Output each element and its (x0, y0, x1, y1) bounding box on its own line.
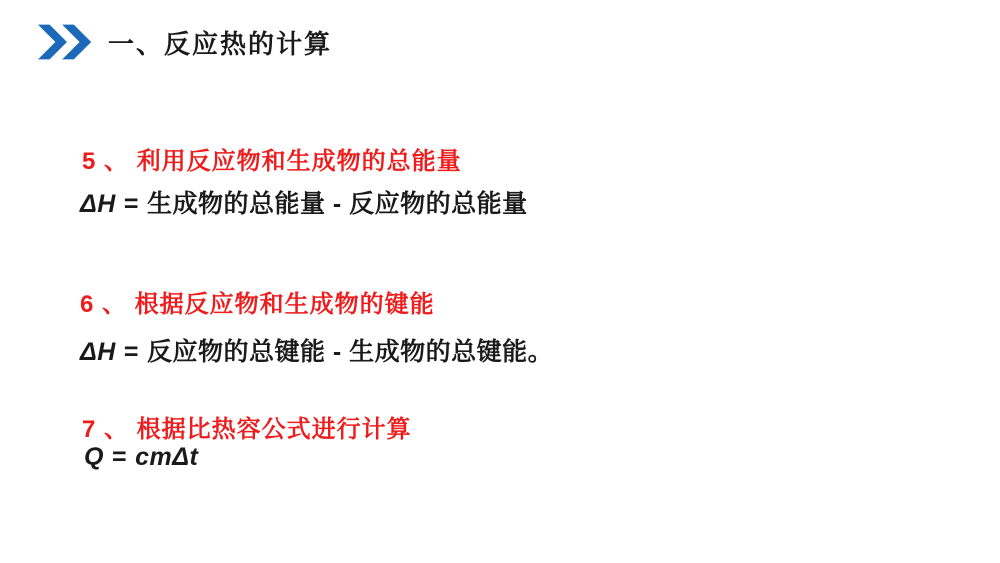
formula-7-rhs: cmΔt (135, 443, 198, 472)
section-7-heading: 7 、 根据比热容公式进行计算 (82, 409, 412, 444)
formula-5-equals: = (124, 190, 139, 219)
formula-5-lhs: ΔH (80, 190, 116, 219)
formula-6-lhs: ΔH (80, 338, 116, 367)
section-7-formula: Q = cmΔt (84, 443, 198, 472)
formula-7-equals: = (112, 443, 127, 472)
formula-7-lhs: Q (84, 443, 104, 472)
double-chevron-icon (38, 24, 96, 60)
formula-5-rhs: 生成物的总能量 - 反应物的总能量 (147, 184, 528, 220)
slide: 一、反应热的计算 5 、 利用反应物和生成物的总能量 ΔH = 生成物的总能量 … (0, 0, 1000, 563)
slide-title-row: 一、反应热的计算 (38, 20, 332, 64)
section-5-heading: 5 、 利用反应物和生成物的总能量 (82, 141, 462, 176)
section-6-heading: 6 、 根据反应物和生成物的键能 (80, 284, 435, 319)
formula-6-rhs: 反应物的总键能 - 生成物的总键能。 (147, 332, 553, 368)
page-title: 一、反应热的计算 (108, 24, 332, 61)
section-6-formula: ΔH = 反应物的总键能 - 生成物的总键能。 (80, 332, 553, 368)
section-5-formula: ΔH = 生成物的总能量 - 反应物的总能量 (80, 184, 528, 220)
formula-6-equals: = (124, 338, 139, 367)
